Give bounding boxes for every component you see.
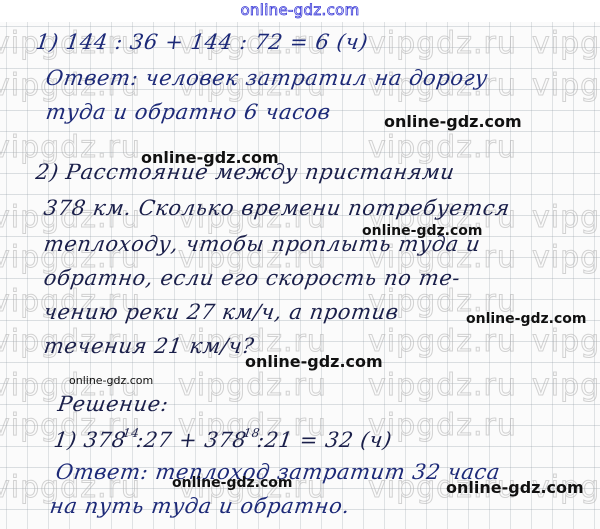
watermark: vipgdz.ru bbox=[368, 26, 517, 61]
solution-label: Решение: bbox=[56, 392, 170, 416]
problem2-equation: 1) 37814:27 + 37818:21 = 32 (ч) bbox=[52, 428, 393, 452]
equation-part: 1) 378 bbox=[52, 428, 127, 452]
problem1-answer-line1: Ответ: человек затратил на дорогу bbox=[44, 66, 489, 90]
watermark: vipgdz.ru bbox=[178, 368, 327, 403]
watermark: vipgdz.ru bbox=[532, 324, 600, 359]
site-link-header[interactable]: online-gdz.com bbox=[0, 1, 600, 19]
overlay-watermark: online-gdz.com bbox=[466, 311, 586, 327]
overlay-watermark: online-gdz.com bbox=[245, 352, 383, 371]
watermark: vipgdz.ru bbox=[532, 26, 600, 61]
problem1-equation: 1) 144 : 36 + 144 : 72 = 6 (ч) bbox=[34, 30, 369, 54]
problem2-statement-line4: обратно, если его скорость по те- bbox=[42, 266, 462, 290]
problem2-statement-line6: течения 21 км/ч? bbox=[42, 334, 255, 358]
watermark: vipgdz.ru bbox=[532, 240, 600, 275]
equation-annotation: 14 bbox=[122, 426, 140, 440]
watermark: vipgdz.ru bbox=[368, 368, 517, 403]
equation-annotation: 18 bbox=[243, 426, 261, 440]
watermark: vipgdz.ru bbox=[532, 368, 600, 403]
watermark: vipgdz.ru bbox=[532, 68, 600, 103]
overlay-watermark: online-gdz.com bbox=[141, 148, 279, 167]
watermark: vipgdz.ru bbox=[532, 200, 600, 235]
overlay-watermark: online-gdz.com bbox=[446, 478, 584, 497]
equation-part: :21 = 32 (ч) bbox=[255, 428, 393, 452]
problem2-statement-line2: 378 км. Сколько времени потребуется bbox=[42, 196, 511, 220]
problem1-answer-line2: туда и обратно 6 часов bbox=[44, 100, 332, 124]
overlay-watermark: online-gdz.com bbox=[172, 475, 292, 491]
equation-part: :27 + 378 bbox=[135, 428, 249, 452]
watermark: vipgdz.ru bbox=[368, 324, 517, 359]
problem2-statement-line5: чению реки 27 км/ч, а против bbox=[42, 300, 400, 324]
overlay-watermark: online-gdz.com bbox=[384, 112, 522, 131]
overlay-watermark: online-gdz.com bbox=[362, 223, 482, 239]
overlay-watermark: online-gdz.com bbox=[69, 374, 153, 387]
problem2-answer-line2: на путь туда и обратно. bbox=[48, 494, 351, 518]
